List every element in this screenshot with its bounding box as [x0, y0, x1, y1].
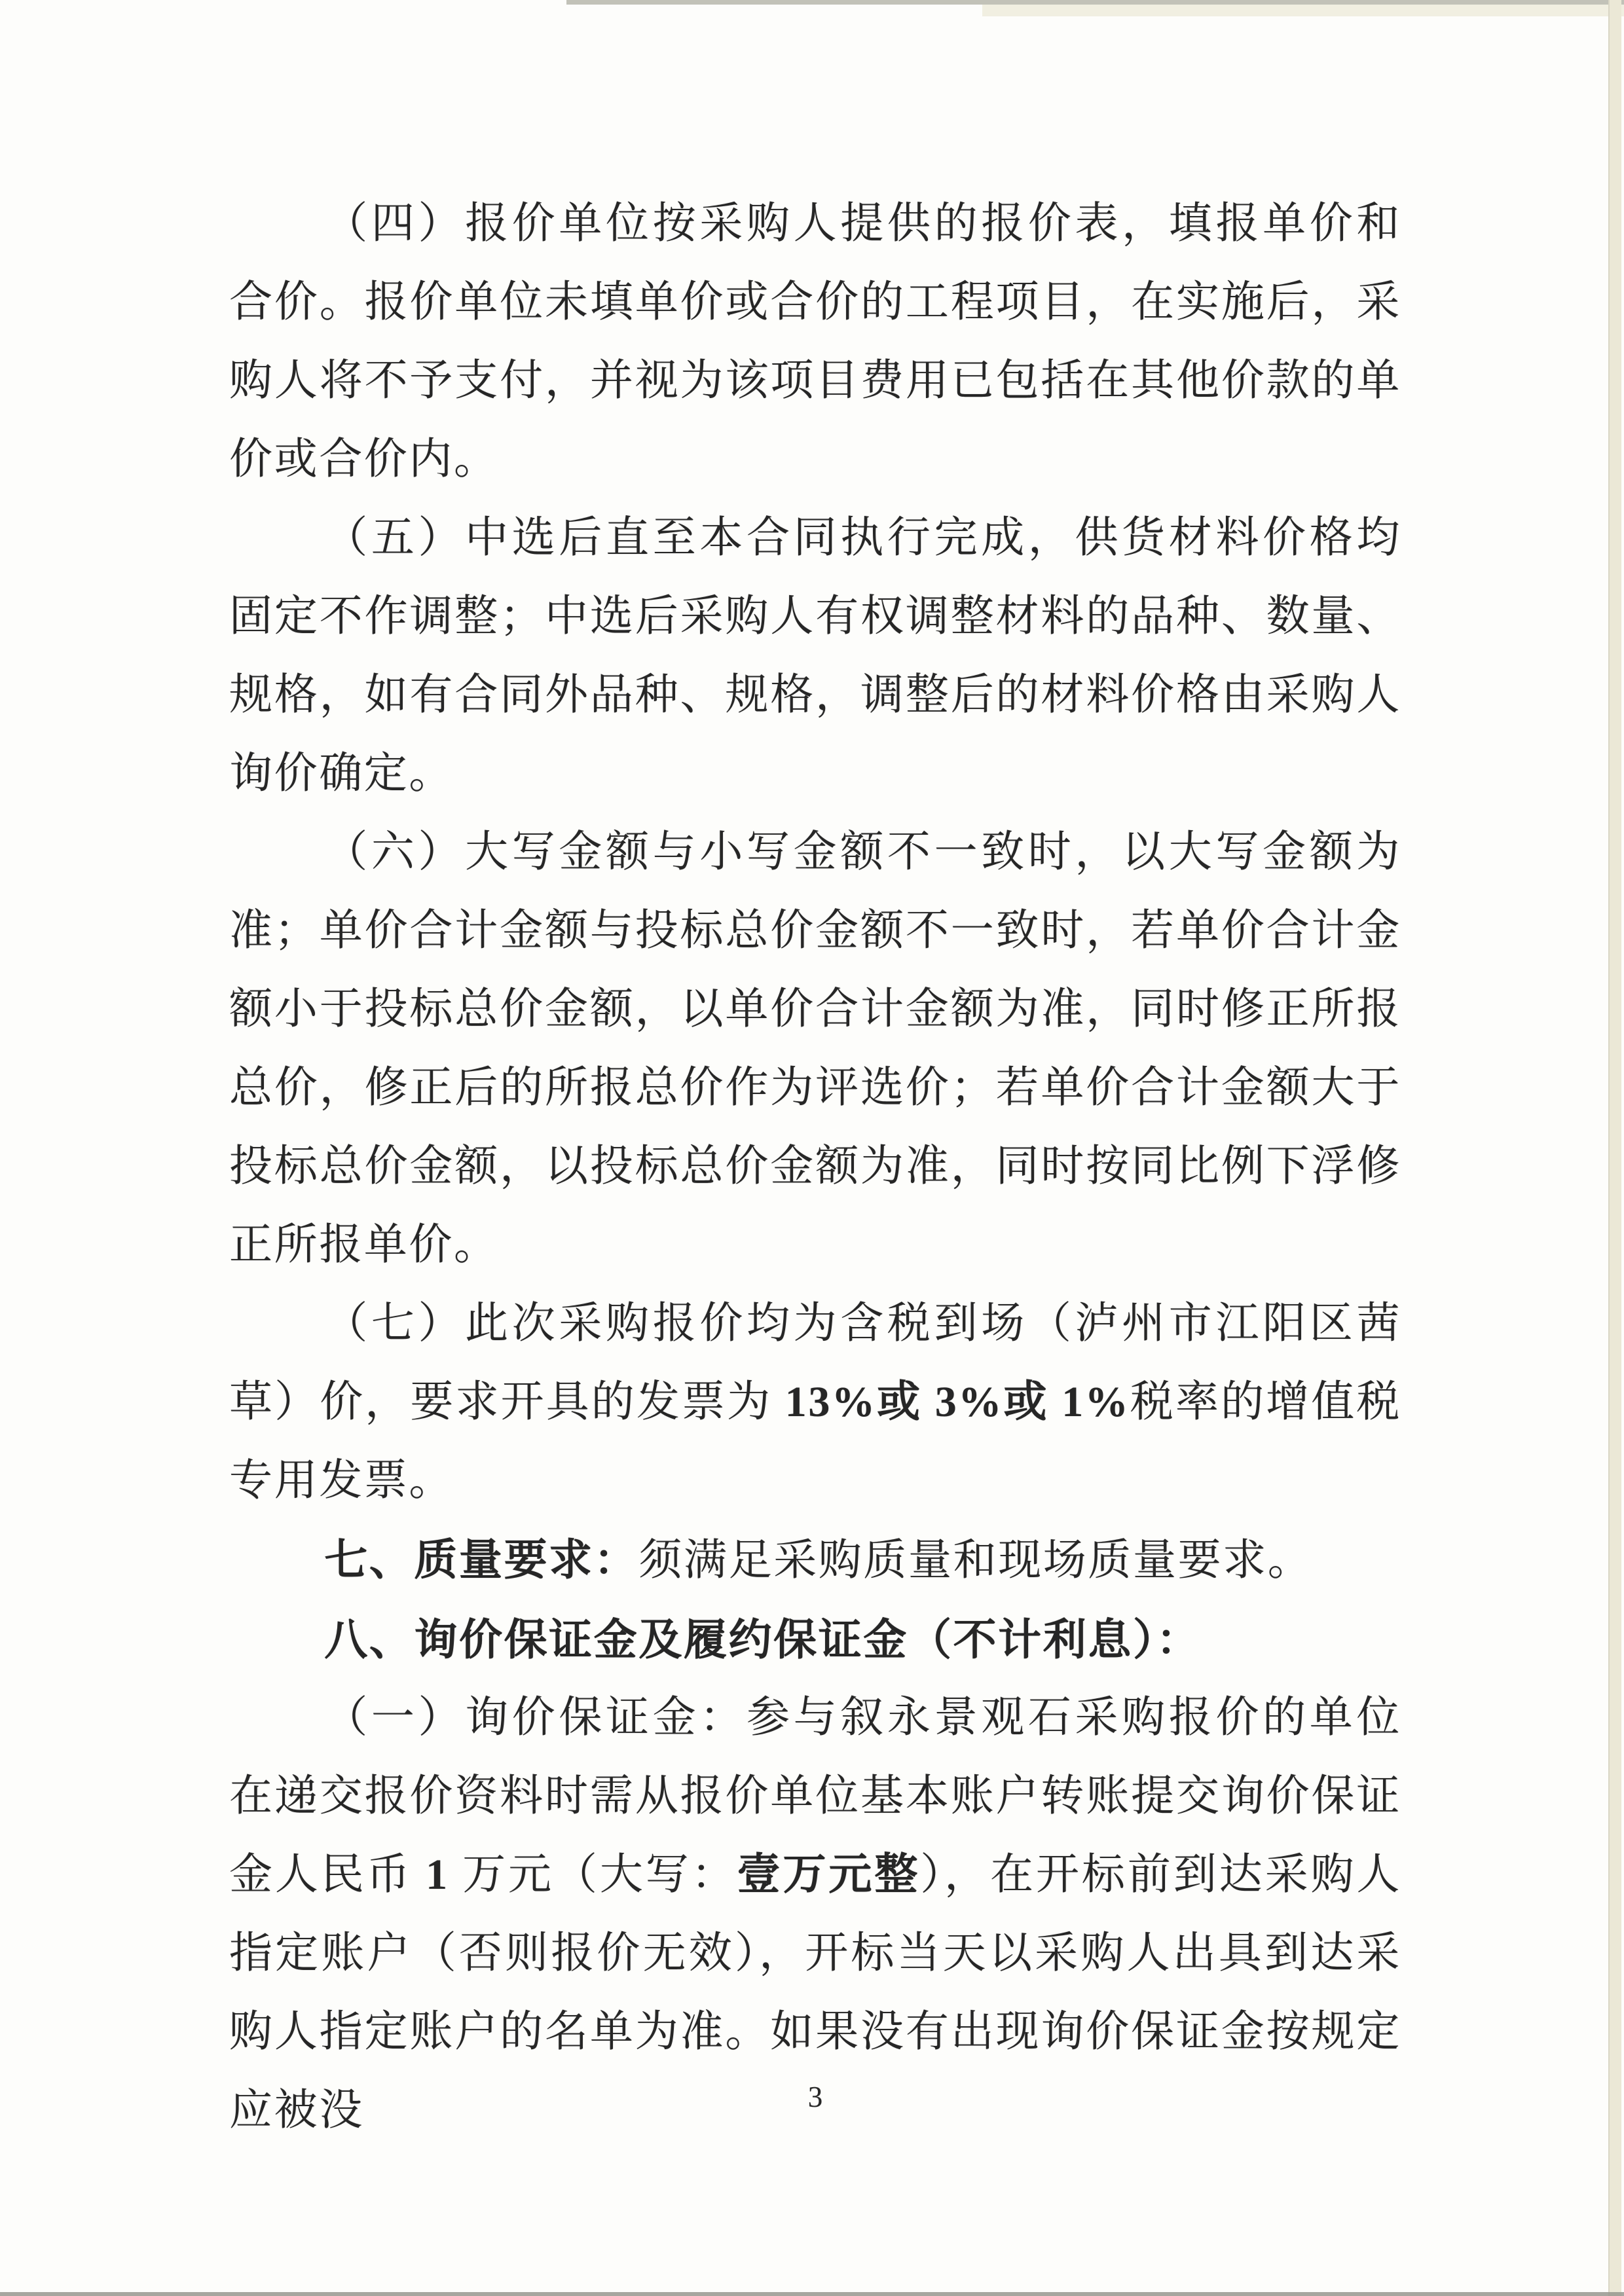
page-footer: 3 — [229, 2081, 1401, 2113]
scan-artifact-top-tint — [982, 5, 1624, 16]
paragraph-clause-7: （七）此次采购报价均为含税到场（泸州市江阳区茜草）价，要求开具的发票为 13%或… — [229, 1285, 1401, 1520]
document-page: （四）报价单位按采购人提供的报价表，填报单价和合价。报价单位未填单价或合价的工程… — [0, 0, 1624, 2296]
tax-rate-values: 13%或 3%或 1% — [785, 1378, 1130, 1426]
page-number: 3 — [808, 2081, 823, 2113]
scan-artifact-bottom-edge-line — [0, 2292, 1624, 2296]
quality-body: 须满足采购质量和现场质量要求。 — [638, 1537, 1312, 1584]
scan-artifact-right-strip — [1608, 0, 1621, 2296]
paragraph-quality-requirements: 七、质量要求：须满足采购质量和现场质量要求。 — [229, 1520, 1401, 1600]
inquiry-deposit-text-2: 万元（大写： — [449, 1851, 737, 1899]
paragraph-clause-5: （五）中选后直至本合同执行完成，供货材料价格均固定不作调整；中选后采购人有权调整… — [229, 499, 1401, 813]
scan-artifact-top-edge-line — [566, 0, 1624, 5]
paragraph-deposit-heading: 八、询价保证金及履约保证金（不计利息）： — [229, 1600, 1401, 1679]
paragraph-clause-4: （四）报价单位按采购人提供的报价表，填报单价和合价。报价单位未填单价或合价的工程… — [229, 185, 1401, 499]
paragraph-clause-6: （六）大写金额与小写金额不一致时，以大写金额为准；单价合计金额与投标总价金额不一… — [229, 813, 1401, 1285]
paragraph-inquiry-deposit: （一）询价保证金：参与叙永景观石采购报价的单位在递交报价资料时需从报价单位基本账… — [229, 1679, 1401, 2150]
quality-heading: 七、质量要求： — [324, 1535, 638, 1584]
deposit-amount-digit: 1 — [426, 1851, 449, 1899]
deposit-amount-capital: 壹万元整 — [737, 1851, 921, 1899]
page-body: （四）报价单位按采购人提供的报价表，填报单价和合价。报价单位未填单价或合价的工程… — [229, 185, 1401, 2150]
